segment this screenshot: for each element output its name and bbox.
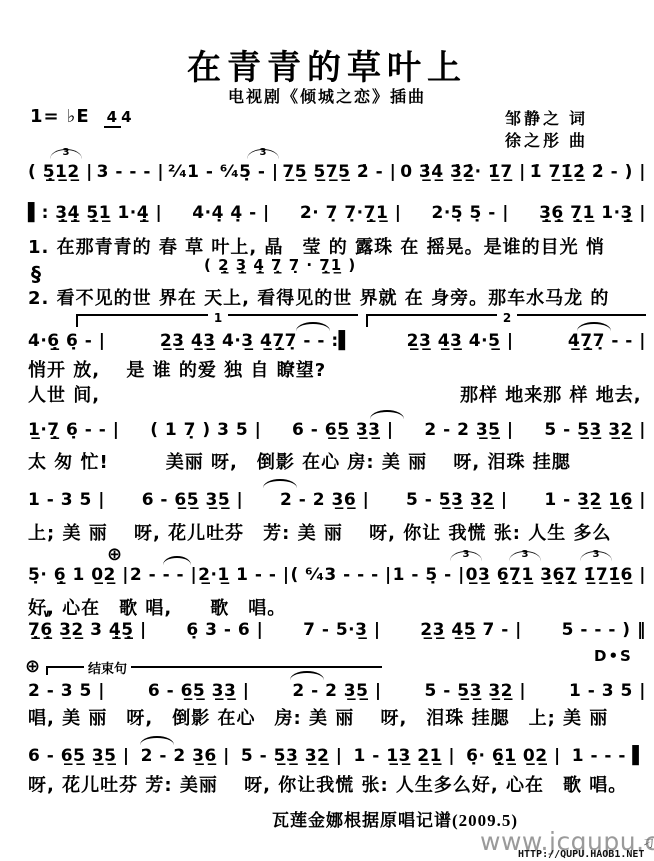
system-3-notes: 4·6̣̲ 6̣ - | 2̲3̲ 4̲3̲ 4·3̲ 4̲7̣̲7̣ - - … bbox=[28, 331, 646, 351]
measure: 5 - - - ) ‖ bbox=[562, 620, 646, 640]
volta-2-number: 2 bbox=[497, 311, 517, 325]
verse-2-lyrics: 2. 看不见的世 界在 天上, 看得见的世 界就 在 身旁。那车水马龙 的 bbox=[28, 284, 609, 310]
measure: 1 - 3 5 | bbox=[569, 681, 646, 701]
lyrics-line: 唱, 美 丽 呀, 倒影 在心 房: 美 丽 呀, 泪珠 挂腮 上; 美 丽 bbox=[28, 704, 608, 730]
measure: ( 5̣̲1̲2̲ | bbox=[28, 162, 93, 182]
measure: 4̲7̣̲7̣ - - | bbox=[568, 331, 646, 351]
measure: 2 - 2 3̲5̲ | bbox=[292, 681, 381, 701]
measure: 1 - 3 5 | bbox=[28, 490, 105, 510]
lyrics-line: 呀, 花儿吐芬 芳: 美丽 呀, 你让我慌 张: 人生多么好, 心在 歌 唱。 bbox=[28, 771, 627, 797]
song-subtitle: 电视剧《倾城之恋》插曲 bbox=[0, 84, 654, 107]
measure: 2· 7̣ 7̣·7̣̲1̲ | bbox=[300, 203, 402, 223]
measure: 7̣̲6̣̲ 3̲2̲ 3 4̣̲5̣̲ | bbox=[28, 620, 147, 640]
lyrics-line: 好, 心在 歌 唱, 歌 唱。 bbox=[28, 594, 286, 620]
key-signature: 1= ♭E44 bbox=[30, 106, 133, 127]
slur-arc bbox=[140, 736, 174, 745]
system-2-notes: ▌: 3̣̲4̣̲ 5̣̲1̲ 1·4̣̲ | 4·4̣ 4̣ - | 2· 7… bbox=[28, 203, 646, 223]
triplet-mark: 3 bbox=[450, 551, 482, 561]
measure: 4·4̣ 4̣ - | bbox=[192, 203, 269, 223]
dal-segno-mark: D•S bbox=[594, 647, 633, 665]
system-7-notes: 7̣̲6̣̲ 3̲2̲ 3 4̣̲5̣̲ | 6̣ 3 - 6 | 7 - 5·… bbox=[28, 620, 646, 640]
measure: 6 - 6̲5̲ 3̲3̲ | bbox=[292, 420, 394, 440]
measure: 5 - 5̲3̲ 3̲2̲ | bbox=[241, 746, 343, 766]
verse-2-lyrics: 那样 地来那 样 地去, bbox=[460, 381, 642, 407]
system-8-notes: 2 - 3 5 | 6 - 6̲5̲ 3̲3̲ | 2 - 2 3̲5̲ | 5… bbox=[28, 681, 646, 701]
measure: 6 - 6̲5̲ 3̲3̲ | bbox=[148, 681, 250, 701]
time-signature-numerator: 4 bbox=[104, 108, 121, 128]
measure: ( ⁶⁄₄3 - - - | bbox=[290, 565, 391, 585]
measure: 7 - 5·3̲ | bbox=[303, 620, 380, 640]
triplet-mark: 3 bbox=[580, 551, 612, 561]
measure: 5 - 5̲3̲ 3̲2̲ | bbox=[406, 490, 508, 510]
measure: 2 - 2 3̲6̲ | bbox=[280, 490, 369, 510]
system-1-notes: ( 5̣̲1̲2̲ | 3 - - - | ²⁄₄1 - ⁶⁄₄5̣ - | 7… bbox=[28, 162, 646, 182]
triplet-mark: 3 bbox=[247, 149, 279, 159]
ending-phrase-bracket: 结束句 bbox=[46, 666, 382, 675]
lyrics-line: 太 匆 忙! 美丽 呀, 倒影 在心 房: 美 丽 呀, 泪珠 挂腮 bbox=[28, 448, 571, 474]
system-4-notes: 1̲·7̣̲ 6̣ - - | ( 1 7̣ ) 3 5 | 6 - 6̲5̲ … bbox=[28, 420, 646, 440]
segno-icon: § bbox=[31, 262, 41, 286]
verse-1-lyrics: 悄开 放, 是 谁 的爱 独 自 瞭望? bbox=[28, 356, 326, 382]
triplet-mark: 3 bbox=[509, 551, 541, 561]
measure: 2 - 2 3̲5̲ | bbox=[424, 420, 513, 440]
measure: 1 - 3̲2̲ 1̲6̣̲ | bbox=[544, 490, 646, 510]
measure: 2 - - - | bbox=[130, 565, 197, 585]
measure: 5 - 5̲3̲ 3̲2̲ | bbox=[425, 681, 527, 701]
measure: 6 - 6̲5̲ 3̲5̲ | bbox=[28, 746, 130, 766]
measure: 3̣̲6̣̲ 7̣̲1̲ 1·3̣̲ | bbox=[539, 203, 646, 223]
measure: ▌: 3̣̲4̣̲ 5̣̲1̲ 1·4̣̲ | bbox=[28, 203, 162, 223]
slur-arc bbox=[163, 556, 191, 565]
system-9-notes: 6 - 6̲5̲ 3̲5̲ | 2 - 2 3̲6̲ | 5 - 5̲3̲ 3̲… bbox=[28, 746, 646, 766]
verse-2-lyrics: 人世 间, bbox=[28, 381, 100, 407]
volta-1-number: 1 bbox=[208, 311, 228, 325]
site-url: HTTP://QUPU.HAOB1.NET bbox=[518, 849, 644, 860]
measure: ²⁄₄1 - ⁶⁄₄5̣ - | bbox=[168, 162, 279, 182]
measure: 6 - 6̲5̲ 3̲5̲ | bbox=[142, 490, 244, 510]
measure: 4·6̣̲ 6̣ - | bbox=[28, 331, 105, 351]
time-signature: 44 bbox=[104, 110, 133, 124]
coda-icon: ⊕ bbox=[107, 544, 122, 565]
composer-credit: 徐之彤 曲 bbox=[505, 128, 588, 151]
measure: 0 3̲̇4̲̇ 3̲̇2̲̇· 1̲̇7̲ | bbox=[400, 162, 526, 182]
measure: 1̇ 7̲1̲̇2̲̇ 2̇ - ) | bbox=[530, 162, 646, 182]
system-6-notes: 5̣· 6̣̲ 1 0̲2̲ | 2 - - - | 2̲·1̲ 1 - - |… bbox=[28, 565, 646, 585]
measure: 1 - - - ▌ bbox=[572, 746, 646, 766]
measure: 0̲3̲ 6̣̲7̣̲1̲ 3̲6̣̲7̣̲ 1̲̇7̲1̲̇6̲ | bbox=[466, 565, 646, 585]
slur-arc bbox=[370, 410, 404, 419]
sheet-music-page: 在青青的草叶上 电视剧《倾城之恋》插曲 1= ♭E44 邹静之 词 徐之彤 曲 … bbox=[0, 0, 654, 861]
time-signature-denominator: 4 bbox=[121, 108, 132, 126]
measure: 3 - - - | bbox=[97, 162, 164, 182]
measure: 7̲5̲ 5̲7̲5̲ 2̇ - | bbox=[282, 162, 396, 182]
measure: 2̲·1̲ 1 - - | bbox=[198, 565, 289, 585]
measure: 2·5̣ 5̣ - | bbox=[432, 203, 509, 223]
measure: ( 1 7̣ ) 3 5 | bbox=[150, 420, 261, 440]
measure: 1̲·7̣̲ 6̣ - - | bbox=[28, 420, 119, 440]
ending-phrase-label: 结束句 bbox=[84, 658, 131, 677]
breath-mark: ∨ bbox=[42, 607, 51, 620]
measure: 1 - 1̲3̲ 2̲1̲ | bbox=[354, 746, 456, 766]
measure: 5̣· 6̣̲ 1 0̲2̲ | bbox=[28, 565, 129, 585]
measure: 2̲3̲ 4̲3̲ 4·5̲ | bbox=[407, 331, 514, 351]
song-title: 在青青的草叶上 bbox=[0, 40, 654, 89]
triplet-mark: 3 bbox=[50, 149, 82, 159]
slur-arc bbox=[263, 479, 297, 488]
measure: 5 - 5̲3̲ 3̲2̲ | bbox=[544, 420, 646, 440]
measure: 2 - 3 5 | bbox=[28, 681, 105, 701]
coda-icon: ⊕ bbox=[25, 656, 40, 677]
key-label: 1= ♭E bbox=[30, 106, 90, 127]
lyricist-credit: 邹静之 词 bbox=[505, 106, 588, 129]
lyrics-line: 上; 美 丽 呀, 花儿吐芬 芳: 美 丽 呀, 你让 我慌 张: 人生 多么 bbox=[28, 519, 611, 545]
measure: 6̣· 6̣̲1̲ 0̲2̲ | bbox=[466, 746, 561, 766]
measure: 1 - 5̣ - | bbox=[393, 565, 465, 585]
measure: 2 - 2 3̲6̲ | bbox=[141, 746, 230, 766]
watermark-corner-mark: 刁 bbox=[643, 835, 654, 851]
measure: 6̣ 3 - 6 | bbox=[186, 620, 263, 640]
system-5-notes: 1 - 3 5 | 6 - 6̲5̲ 3̲5̲ | 2 - 2 3̲6̲ | 5… bbox=[28, 490, 646, 510]
measure: 2̲3̲ 4̲5̲ 7 - | bbox=[420, 620, 522, 640]
cue-notes: ( 2̣̲ 3̣̲ 4̣̲ 7̣̲ 7̣ · 7̣̲1̲ ) bbox=[204, 256, 356, 274]
measure: 2̲3̲ 4̲3̲ 4·3̲ 4̲7̣̲7̣ - - :▌ bbox=[160, 331, 352, 351]
